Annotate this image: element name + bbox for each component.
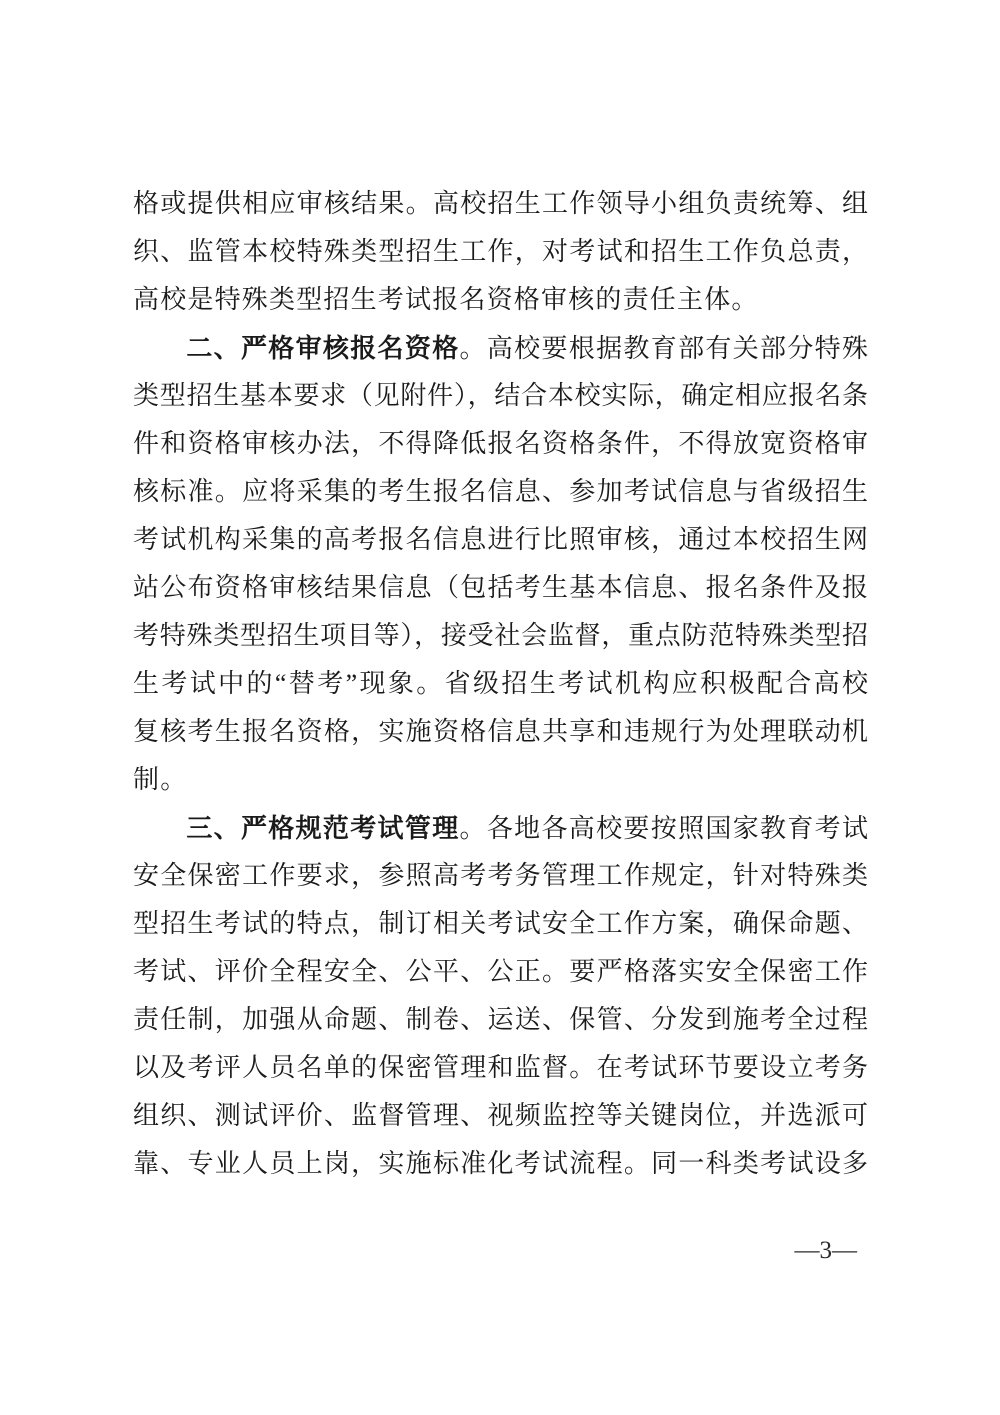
text-line: 制。 bbox=[133, 756, 868, 804]
body-text: 站公布资格审核结果信息（包括考生基本信息、报名条件及报 bbox=[133, 573, 868, 602]
paragraph-indent bbox=[133, 356, 185, 357]
text-line: 考试机构采集的高考报名信息进行比照审核，通过本校招生网 bbox=[133, 516, 868, 564]
document-body: 格或提供相应审核结果。高校招生工作领导小组负责统筹、组织、监管本校特殊类型招生工… bbox=[133, 180, 868, 1188]
paragraph-indent bbox=[133, 836, 185, 837]
body-text: 生考试中的“替考”现象。省级招生考试机构应积极配合高校 bbox=[133, 669, 868, 698]
section-heading-text: 三、严格规范考试管理 bbox=[185, 813, 460, 843]
text-line: 类型招生基本要求（见附件），结合本校实际，确定相应报名条 bbox=[133, 372, 868, 420]
text-line: 靠、专业人员上岗，实施标准化考试流程。同一科类考试设多 bbox=[133, 1140, 868, 1188]
body-text: 安全保密工作要求，参照高考考务管理工作规定，针对特殊类 bbox=[133, 861, 868, 890]
text-line: 复核考生报名资格，实施资格信息共享和违规行为处理联动机 bbox=[133, 708, 868, 756]
page-number: —3— bbox=[795, 1236, 858, 1266]
text-line: 织、监管本校特殊类型招生工作，对考试和招生工作负总责， bbox=[133, 228, 868, 276]
text-line: 安全保密工作要求，参照高考考务管理工作规定，针对特殊类 bbox=[133, 852, 868, 900]
text-line: 二、严格审核报名资格。高校要根据教育部有关部分特殊 bbox=[133, 324, 868, 372]
body-text: 高校是特殊类型招生考试报名资格审核的责任主体。 bbox=[133, 285, 759, 314]
body-text: 考特殊类型招生项目等），接受社会监督，重点防范特殊类型招 bbox=[133, 621, 868, 650]
text-line: 组织、测试评价、监督管理、视频监控等关键岗位，并选派可 bbox=[133, 1092, 868, 1140]
body-text: 制。 bbox=[133, 765, 187, 794]
body-text: 考试、评价全程安全、公平、公正。要严格落实安全保密工作 bbox=[133, 957, 868, 986]
text-line: 核标准。应将采集的考生报名信息、参加考试信息与省级招生 bbox=[133, 468, 868, 516]
text-line: 责任制，加强从命题、制卷、运送、保管、分发到施考全过程 bbox=[133, 996, 868, 1044]
body-text: 以及考评人员名单的保密管理和监督。在考试环节要设立考务 bbox=[133, 1053, 868, 1082]
body-text: 格或提供相应审核结果。高校招生工作领导小组负责统筹、组 bbox=[133, 189, 868, 218]
text-line: 站公布资格审核结果信息（包括考生基本信息、报名条件及报 bbox=[133, 564, 868, 612]
body-text: 型招生考试的特点，制订相关考试安全工作方案，确保命题、 bbox=[133, 909, 868, 938]
text-line: 型招生考试的特点，制订相关考试安全工作方案，确保命题、 bbox=[133, 900, 868, 948]
text-line: 考试、评价全程安全、公平、公正。要严格落实安全保密工作 bbox=[133, 948, 868, 996]
body-text: 复核考生报名资格，实施资格信息共享和违规行为处理联动机 bbox=[133, 717, 868, 746]
text-line: 三、严格规范考试管理。各地各高校要按照国家教育考试 bbox=[133, 804, 868, 852]
body-text: 织、监管本校特殊类型招生工作，对考试和招生工作负总责， bbox=[133, 237, 868, 266]
section-heading-text: 二、严格审核报名资格 bbox=[185, 333, 460, 363]
body-text: 核标准。应将采集的考生报名信息、参加考试信息与省级招生 bbox=[133, 477, 868, 506]
document-page: 格或提供相应审核结果。高校招生工作领导小组负责统筹、组织、监管本校特殊类型招生工… bbox=[0, 0, 1000, 1415]
body-text: 靠、专业人员上岗，实施标准化考试流程。同一科类考试设多 bbox=[133, 1149, 868, 1178]
text-line: 高校是特殊类型招生考试报名资格审核的责任主体。 bbox=[133, 276, 868, 324]
body-text: 件和资格审核办法，不得降低报名资格条件，不得放宽资格审 bbox=[133, 429, 868, 458]
body-text: 责任制，加强从命题、制卷、运送、保管、分发到施考全过程 bbox=[133, 1005, 868, 1034]
body-text: 类型招生基本要求（见附件），结合本校实际，确定相应报名条 bbox=[133, 381, 868, 410]
text-line: 格或提供相应审核结果。高校招生工作领导小组负责统筹、组 bbox=[133, 180, 868, 228]
body-text: 考试机构采集的高考报名信息进行比照审核，通过本校招生网 bbox=[133, 525, 868, 554]
text-line: 生考试中的“替考”现象。省级招生考试机构应积极配合高校 bbox=[133, 660, 868, 708]
body-text: 。高校要根据教育部有关部分特殊 bbox=[460, 334, 868, 363]
text-line: 以及考评人员名单的保密管理和监督。在考试环节要设立考务 bbox=[133, 1044, 868, 1092]
text-line: 件和资格审核办法，不得降低报名资格条件，不得放宽资格审 bbox=[133, 420, 868, 468]
body-text: 组织、测试评价、监督管理、视频监控等关键岗位，并选派可 bbox=[133, 1101, 868, 1130]
text-line: 考特殊类型招生项目等），接受社会监督，重点防范特殊类型招 bbox=[133, 612, 868, 660]
body-text: 。各地各高校要按照国家教育考试 bbox=[460, 814, 868, 843]
